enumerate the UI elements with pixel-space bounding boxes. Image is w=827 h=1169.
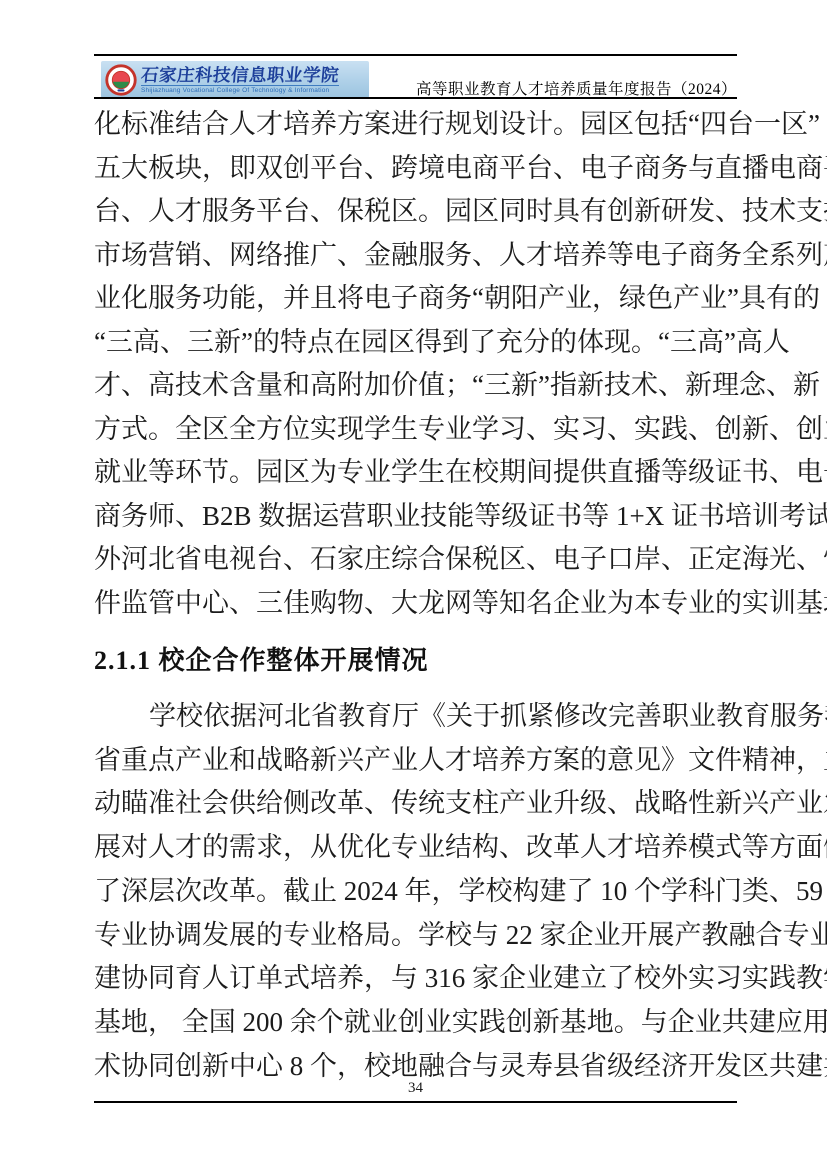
report-title: 高等职业教育人才培养质量年度报告（2024） <box>416 77 737 99</box>
section-heading: 2.1.1 校企合作整体开展情况 <box>94 641 737 681</box>
school-logo: 石家庄科技信息职业学院 Shijiazhuang Vocational Coll… <box>101 61 369 98</box>
paragraph-2: 学校依据河北省教育厅《关于抓紧修改完善职业教育服务我 省重点产业和战略新兴产业人… <box>94 695 737 1088</box>
text-line: 业化服务功能，并且将电子商务“朝阳产业，绿色产业”具有的 <box>94 277 737 321</box>
text-line: 台、人才服务平台、保税区。园区同时具有创新研发、技术支撑、 <box>94 190 737 234</box>
text-line: 才、高技术含量和高附加价值；“三新”指新技术、新理念、新 <box>94 364 737 408</box>
text-line: 展对人才的需求，从优化专业结构、改革人才培养模式等方面做 <box>94 826 737 870</box>
paragraph-1: 化标准结合人才培养方案进行规划设计。园区包括“四台一区” 五大板块，即双创平台、… <box>94 103 737 625</box>
text-line: 件监管中心、三佳购物、大龙网等知名企业为本专业的实训基地。 <box>94 582 737 626</box>
page-content: 化标准结合人才培养方案进行规划设计。园区包括“四台一区” 五大板块，即双创平台、… <box>94 99 737 1088</box>
text-line: 了深层次改革。截止 2024 年，学校构建了 10 个学科门类、59 个 <box>94 870 737 914</box>
text-line: 学校依据河北省教育厅《关于抓紧修改完善职业教育服务我 <box>94 695 737 739</box>
logo-text-block: 石家庄科技信息职业学院 Shijiazhuang Vocational Coll… <box>141 65 339 95</box>
text-line: 基地， 全国 200 余个就业创业实践创新基地。与企业共建应用技 <box>94 1001 737 1045</box>
text-line: 省重点产业和战略新兴产业人才培养方案的意见》文件精神，主 <box>94 739 737 783</box>
text-line: 外河北省电视台、石家庄综合保税区、电子口岸、正定海光、快 <box>94 538 737 582</box>
footer-rule <box>94 1101 737 1103</box>
text-line: 就业等环节。园区为专业学生在校期间提供直播等级证书、电子 <box>94 451 737 495</box>
school-emblem-icon <box>105 64 137 96</box>
text-line: 市场营销、网络推广、金融服务、人才培养等电子商务全系列产 <box>94 234 737 278</box>
header-top-rule <box>94 54 737 56</box>
school-name-zh: 石家庄科技信息职业学院 <box>140 65 340 85</box>
text-line: 动瞄准社会供给侧改革、传统支柱产业升级、战略性新兴产业发 <box>94 782 737 826</box>
text-line: 专业协调发展的专业格局。学校与 22 家企业开展产教融合专业共 <box>94 914 737 958</box>
school-name-en: Shijiazhuang Vocational College Of Techn… <box>141 85 339 95</box>
document-page: 石家庄科技信息职业学院 Shijiazhuang Vocational Coll… <box>0 0 827 1169</box>
text-line: 方式。全区全方位实现学生专业学习、实习、实践、创新、创业、 <box>94 408 737 452</box>
text-line: 化标准结合人才培养方案进行规划设计。园区包括“四台一区” <box>94 103 737 147</box>
text-line: 建协同育人订单式培养，与 316 家企业建立了校外实习实践教学 <box>94 957 737 1001</box>
page-number: 34 <box>94 1080 737 1097</box>
text-line: 五大板块，即双创平台、跨境电商平台、电子商务与直播电商平 <box>94 147 737 191</box>
text-line: 商务师、B2B 数据运营职业技能等级证书等 1+X 证书培训考试。另 <box>94 495 737 539</box>
text-line: “三高、三新”的特点在园区得到了充分的体现。“三高”高人 <box>94 321 737 365</box>
